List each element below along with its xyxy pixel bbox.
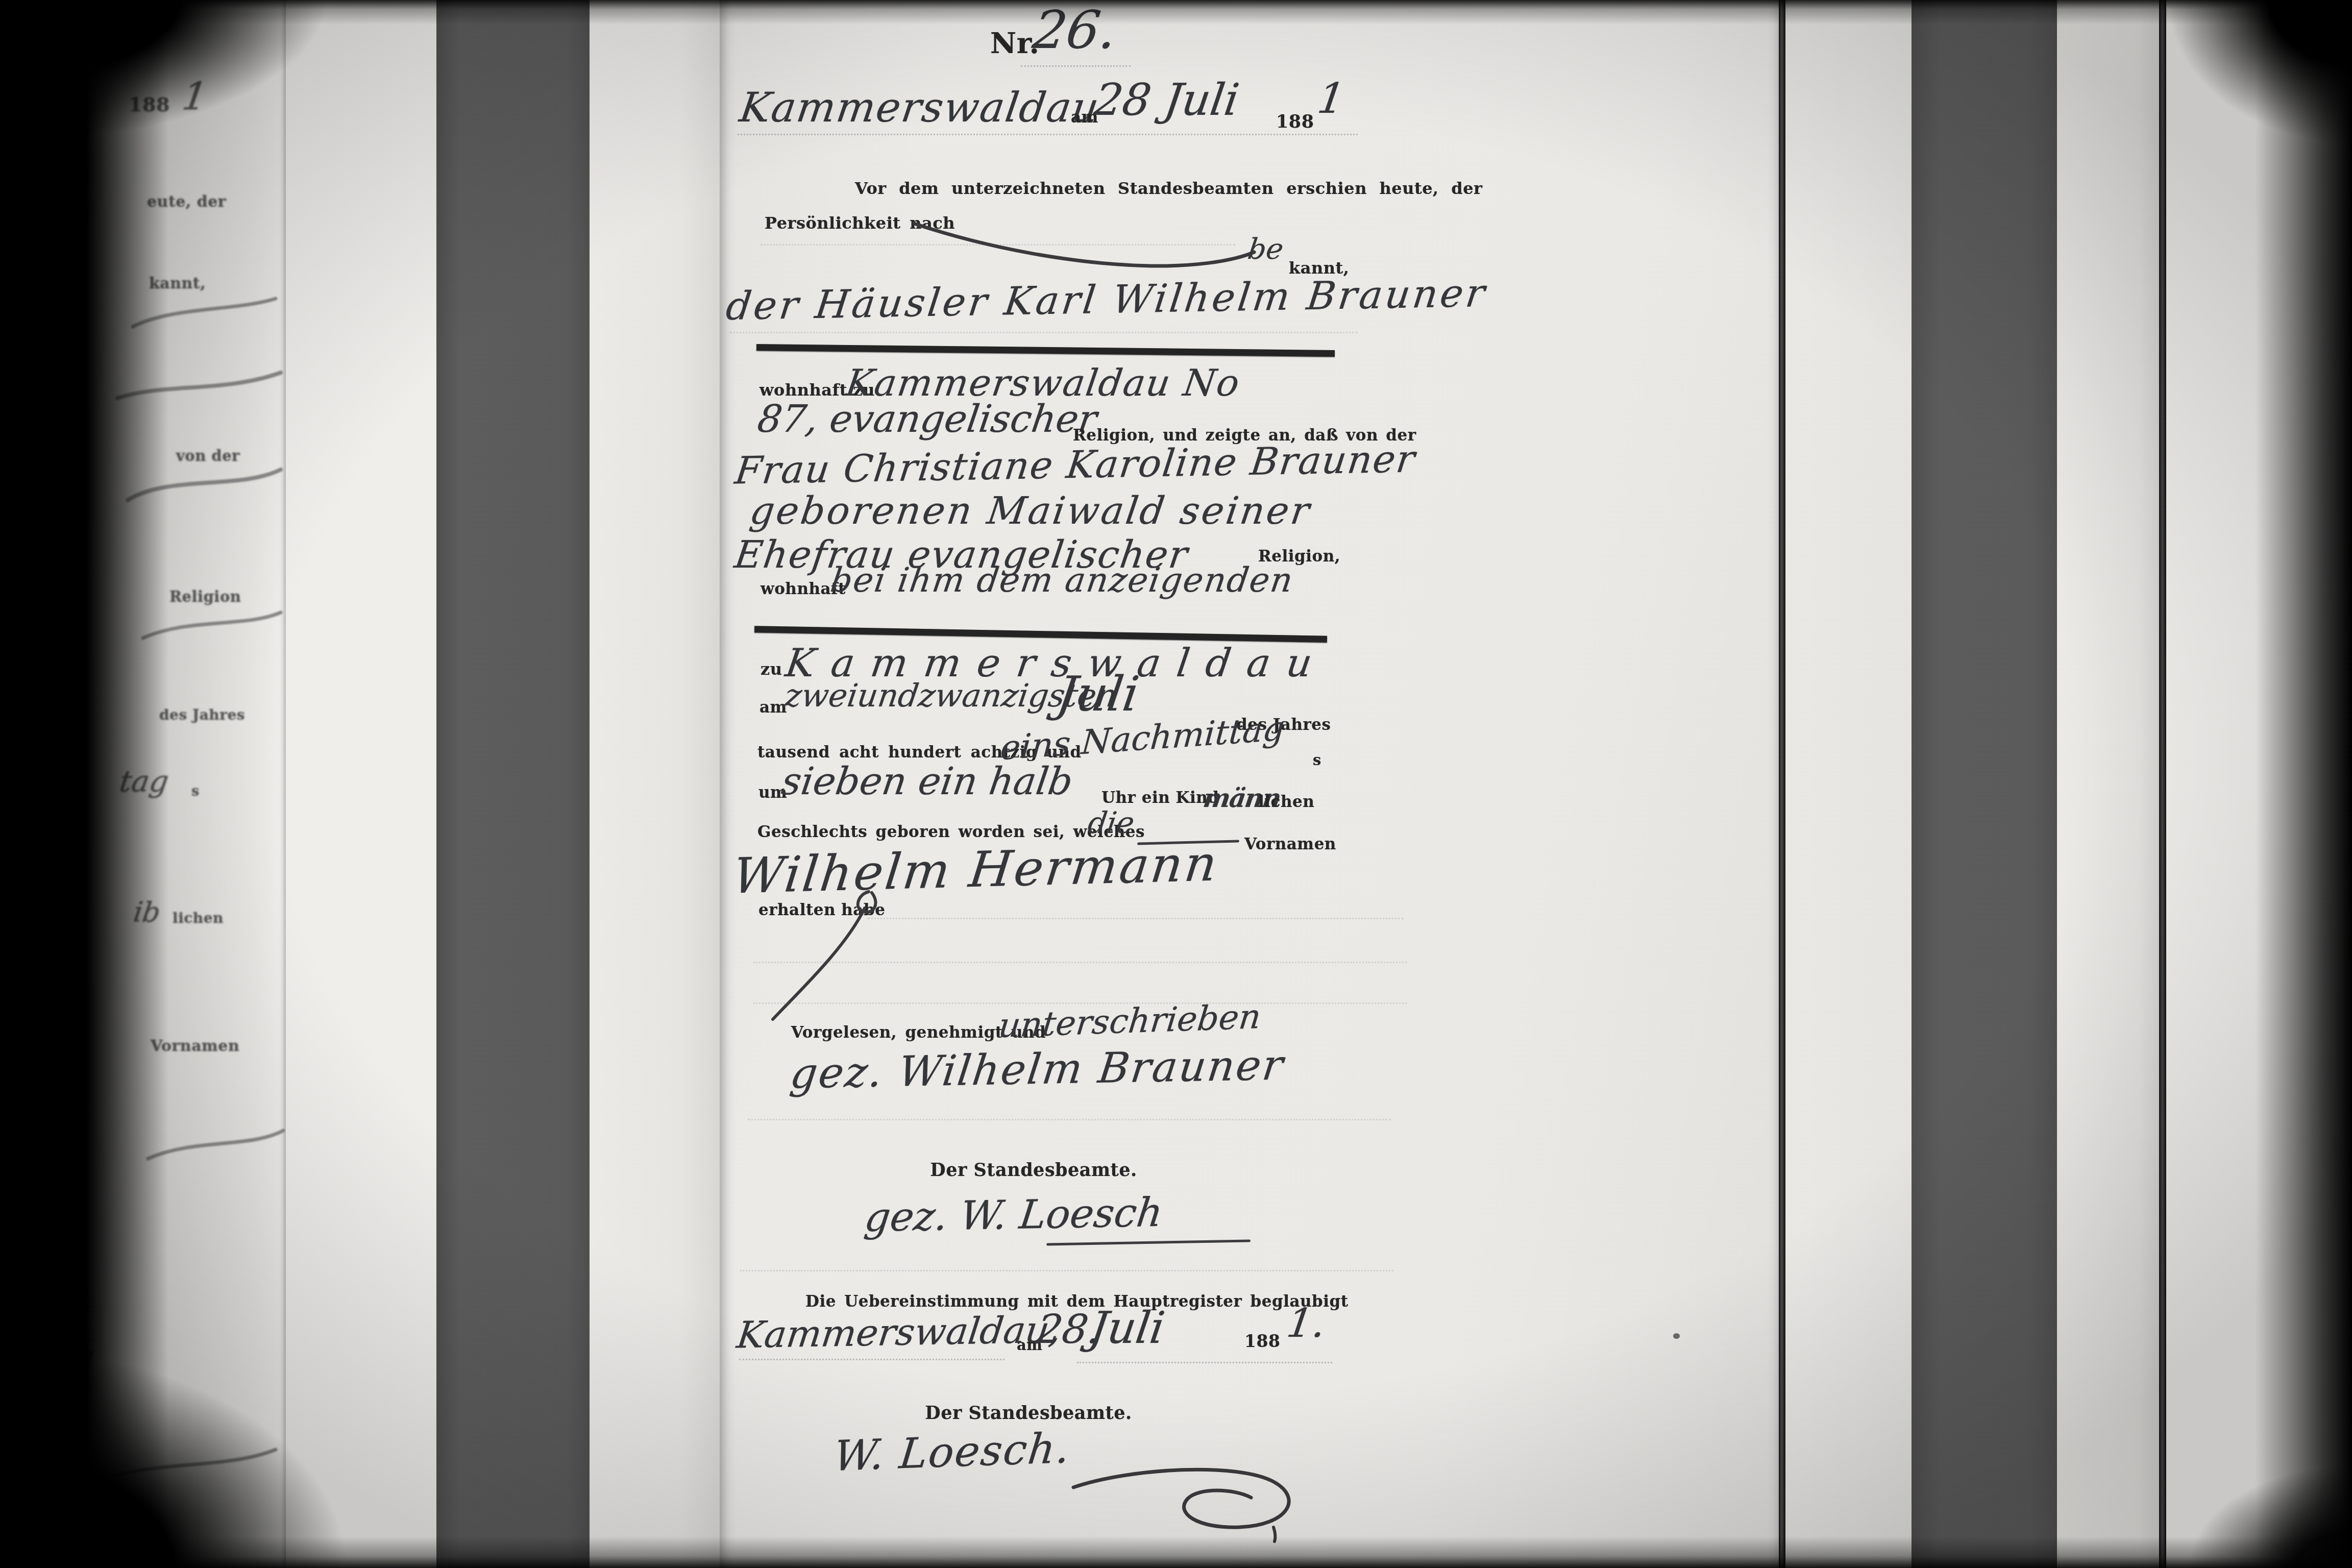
zu-label: zu	[761, 659, 782, 679]
certification-year-printed: 188	[1244, 1331, 1280, 1351]
blank-dotted-line-2	[753, 962, 1407, 963]
declarant-signature-hand: gez. Wilhelm Brauner	[788, 1041, 1287, 1098]
registration-line-rule	[738, 134, 1358, 135]
record-number-value: 26.	[1030, 0, 1121, 61]
scanned-register-photo: 188 1 eute, der kannt, von der Religion …	[0, 0, 2352, 1568]
identity-dotted-rule	[761, 244, 1235, 246]
mittags-s-printed: s	[1313, 751, 1321, 769]
page-edge-strip-right-3	[2166, 0, 2352, 1568]
page-edge-strip-left	[286, 0, 436, 1568]
intro-line: Vor dem unterzeichneten Standesbeamten e…	[855, 179, 1482, 198]
gutter-band-left	[436, 0, 590, 1568]
registration-year-printed: 188	[1276, 111, 1314, 132]
section-rule-1	[756, 344, 1335, 357]
house-number-hand: 87, evangelischer	[755, 397, 1099, 441]
certification-year-hand: 1.	[1284, 1301, 1329, 1346]
die-hand: die	[1086, 805, 1137, 840]
registrar-title-2: Der Standesbeamte.	[914, 1403, 1143, 1424]
certification-month-hand: Juli	[1087, 1303, 1168, 1354]
registrar-signature-dash	[1046, 1240, 1251, 1246]
birth-certificate-page: Nr. 26. Kammerswaldau am 28 Juli 188 1 V…	[720, 0, 1779, 1568]
declarant-dotted-rule	[730, 332, 1358, 333]
birth-month-hand: Juli	[1053, 667, 1142, 722]
record-number-underline	[1021, 65, 1131, 67]
birth-time-hand: sieben ein halb	[779, 759, 1075, 803]
page-edge-strip-right-2	[2057, 0, 2159, 1568]
left-page-handwriting-strokes	[71, 0, 286, 1568]
mother-residence-hand: bei ihm dem anzeigenden	[828, 560, 1296, 600]
registration-year-hand: 1	[1314, 75, 1348, 123]
certification-date-underline	[1077, 1362, 1332, 1363]
blank-dotted-line-1	[868, 918, 1404, 919]
certification-place-hand: Kammerswaldau,	[734, 1308, 1064, 1356]
vornamen-label: Vornamen	[1244, 835, 1336, 853]
left-partial-page: 188 1 eute, der kannt, von der Religion …	[71, 0, 286, 1568]
unterschrieben-hand: unterschrieben	[997, 997, 1263, 1045]
page-edge-line-right	[2159, 0, 2166, 1568]
certification-place-underline	[739, 1359, 1004, 1360]
certification-dotted-rule	[740, 1270, 1393, 1271]
page-edge-strip-right-1	[1785, 0, 1912, 1568]
year-word-hand: eins Nachmittag	[999, 709, 1286, 768]
closing-pen-flourish	[765, 886, 885, 1026]
registrar-signature-1-hand: gez. W. Loesch	[862, 1190, 1165, 1241]
signature-flourish-loop	[1069, 1461, 1309, 1542]
uhr-ein-kind-printed: Uhr ein Kind	[1101, 789, 1219, 807]
registrar-signature-2-hand: W. Loesch.	[831, 1424, 1073, 1481]
ink-speck	[1673, 1333, 1680, 1339]
registration-date-hand: 28 Juli	[1091, 75, 1242, 126]
mother-name-line2-hand: geborenen Maiwald seiner	[747, 489, 1314, 533]
bekannt-hand: be	[1245, 233, 1285, 266]
declarant-line-hand: der Häusler Karl Wilhelm Brauner	[724, 270, 1490, 329]
registration-place-hand: Kammerswaldau	[737, 84, 1102, 131]
lichen-printed: lichen	[1258, 793, 1314, 811]
page-edge-strip-inner	[590, 0, 720, 1568]
page-fold-line	[1779, 0, 1785, 1568]
signature-dotted-rule	[748, 1119, 1391, 1120]
gutter-band-right	[1912, 0, 2057, 1568]
registrar-title-1: Der Standesbeamte.	[919, 1160, 1148, 1181]
mother-name-line1-hand: Frau Christiane Karoline Brauner	[732, 437, 1418, 493]
